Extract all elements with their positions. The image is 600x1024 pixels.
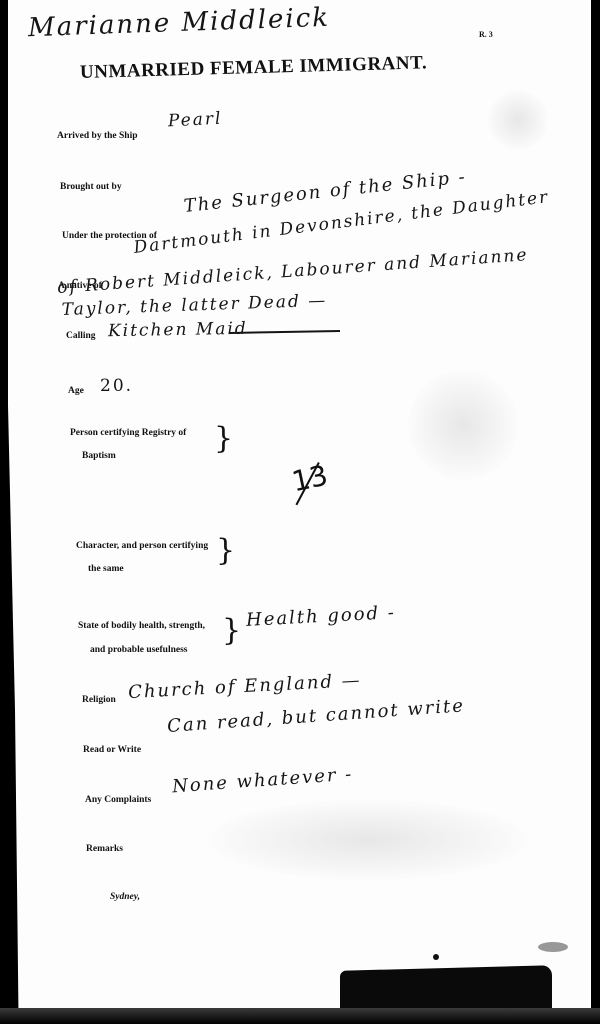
label-any-complaints: Any Complaints xyxy=(85,795,151,805)
label-bodily-health-2: and probable usefulness xyxy=(90,645,188,655)
value-arrived-by-ship: Pearl xyxy=(168,109,223,132)
label-registry-of-baptism: Person certifying Registry of xyxy=(70,428,186,438)
brace-icon: } xyxy=(216,536,235,566)
paper-stain xyxy=(408,370,518,480)
label-brought-out-by: Brought out by xyxy=(60,182,122,192)
value-calling: Kitchen Maid xyxy=(108,319,248,341)
document-page xyxy=(8,0,591,1014)
brace-icon: } xyxy=(214,424,233,454)
place-sydney: Sydney, xyxy=(110,892,140,902)
value-age: 20. xyxy=(100,376,133,396)
label-character-2: the same xyxy=(88,564,124,574)
ink-smudge xyxy=(538,942,568,952)
label-bodily-health: State of bodily health, strength, xyxy=(78,621,205,631)
label-remarks: Remarks xyxy=(86,844,123,854)
form-number: R. 3 xyxy=(479,30,493,39)
label-character: Character, and person certifying xyxy=(76,541,208,551)
label-read-or-write: Read or Write xyxy=(83,745,141,755)
label-religion: Religion xyxy=(82,695,116,705)
ink-dot xyxy=(433,954,439,960)
brace-icon: } xyxy=(222,616,241,646)
paper-stain xyxy=(488,90,548,150)
label-arrived-by-ship: Arrived by the Ship xyxy=(57,131,138,141)
scan-bottom-edge xyxy=(0,1008,600,1024)
paper-stain xyxy=(208,800,528,880)
label-age: Age xyxy=(68,386,84,396)
label-registry-of-baptism-2: Baptism xyxy=(82,451,116,461)
label-calling: Calling xyxy=(66,331,96,341)
